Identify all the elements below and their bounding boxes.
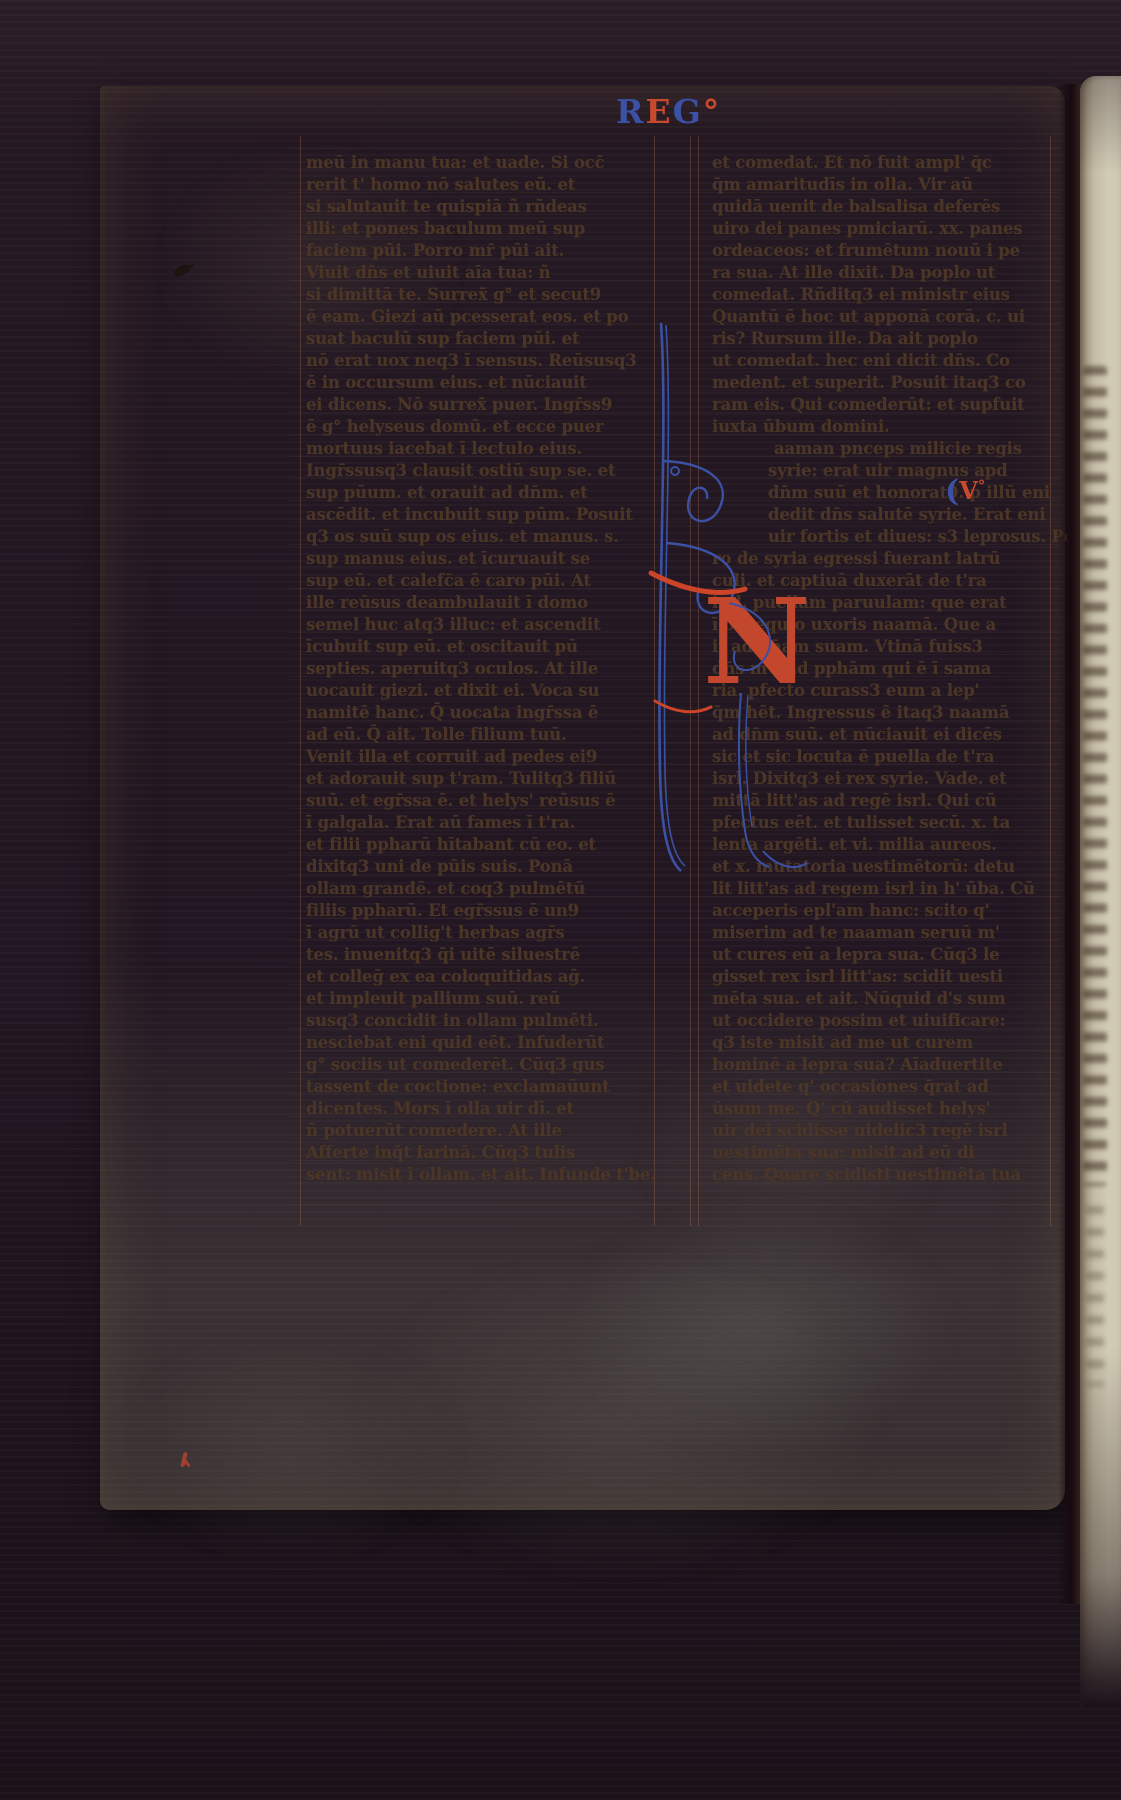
- ruling-line-vertical: [690, 136, 691, 1226]
- running-title-letter: E: [645, 92, 672, 131]
- text-line: uir fortis et diues: s3 leprosus. Por: [768, 526, 1056, 548]
- text-line: ut occidere possim et uiuificare:: [712, 1010, 1056, 1032]
- text-line: ad eū. Q̄ ait. Tolle filium tuū.: [306, 724, 658, 746]
- text-line: lenta argēti. et vi. milia aureos.: [712, 834, 1056, 856]
- text-line: illi: et pones baculum meū sup: [306, 218, 658, 240]
- text-line: et uidete q' occasiones q̄rat ad: [712, 1076, 1056, 1098]
- parchment-smudge: [360, 1256, 880, 1576]
- text-line: isrl. Dixitq3 ei rex syrie. Vade. et: [712, 768, 1056, 790]
- text-line: Ingr̄ssusq3 clausit ostiū sup se. et: [306, 460, 658, 482]
- text-line: q3 os suū sup os eius. et manus. s.: [306, 526, 658, 548]
- text-line: mēta sua. et ait. Nūquid d's sum: [712, 988, 1056, 1010]
- text-line: ī obsequio uxoris naamā. Que a: [712, 614, 1056, 636]
- text-line: et x. mutatoria uestimētorū: detu: [712, 856, 1056, 878]
- text-line: uiro dei panes pmiciarū. xx. panes: [712, 218, 1056, 240]
- text-line: q̄m hēt. Ingressus ē itaq3 naamā: [712, 702, 1056, 724]
- text-line: pfectus eēt. et tulisset secū. x. ta: [712, 812, 1056, 834]
- text-line: suū. et egr̄ssa ē. et helys' reūsus ē: [306, 790, 658, 812]
- text-line: ī agrū ut collig't herbas agr̄s: [306, 922, 658, 944]
- text-line: ordeaceos: et frumētum nouū i pe: [712, 240, 1056, 262]
- text-line: gisset rex isrl litt'as: scidit uesti: [712, 966, 1056, 988]
- text-line: ē g° helyseus domū. et ecce puer: [306, 416, 658, 438]
- text-line: ñ potuerūt comedere. At ille: [306, 1120, 658, 1142]
- photo-background: REG° meū in manu tua: et uade. Si occ̄re…: [0, 0, 1121, 1800]
- text-line: nesciebat eni quid eēt. Infuderūt: [306, 1032, 658, 1054]
- text-line: ī galgala. Erat aū fames ī t'ra.: [306, 812, 658, 834]
- running-title-letter: R: [616, 92, 645, 131]
- text-line: dn̄s m's ad pphām qui ē ī sama: [712, 658, 1056, 680]
- running-title-letter: °: [703, 92, 722, 131]
- text-line: et impleuit pallium suū. reū: [306, 988, 658, 1010]
- text-column-right: et comedat. Et nō fuit ampl' q̄cq̄m amar…: [712, 152, 1056, 1186]
- blurred-edge-text: [1086, 1206, 1104, 1386]
- red-pen-mark: [180, 1452, 188, 1468]
- text-line: tassent de coctione: exclamaūunt: [306, 1076, 658, 1098]
- text-line: uir dei scidisse uidelic3 regē isrl: [712, 1120, 1056, 1142]
- chapter-numeral-letter: V: [959, 476, 978, 505]
- text-line: suat baculū sup faciem pūi. et: [306, 328, 658, 350]
- text-line: dedit dn̄s salutē syrie. Erat eni: [768, 504, 1056, 526]
- text-line: ei dicens. Nō surrex̄ puer. Ingr̄ss9: [306, 394, 658, 416]
- text-line: aaman pnceps milicie regis: [774, 438, 1056, 460]
- text-line: filiis ppharū. Et egr̄ssus ē un9: [306, 900, 658, 922]
- chapter-numeral: (V°: [945, 474, 985, 509]
- chapter-numeral-ordinal: °: [978, 477, 986, 495]
- text-line: tes. inuenitq3 q̄i uitē siluestrē: [306, 944, 658, 966]
- ink-blot-mark: [172, 263, 191, 278]
- running-title: REG°: [616, 92, 721, 131]
- text-line: Venit illa et corruit ad pedes ei9: [306, 746, 658, 768]
- text-line: septies. aperuitq3 oculos. At ille: [306, 658, 658, 680]
- text-line: lit litt'as ad regem isrl in h' ūba. Cū: [712, 878, 1056, 900]
- text-line: faciem pūi. Porro mr̄ pūi ait.: [306, 240, 658, 262]
- text-line: ollam grandē. et coq3 pulmētū: [306, 878, 658, 900]
- paraph-mark: (: [945, 474, 959, 509]
- text-line: ut comedat. hec eni dicit dn̄s. Co: [712, 350, 1056, 372]
- text-line: sup eū. et calefc̄a ē caro pūi. At: [306, 570, 658, 592]
- text-line: medent. et superit. Posuit itaq3 co: [712, 372, 1056, 394]
- text-line: semel huc atq3 illuc: et ascendit: [306, 614, 658, 636]
- blurred-edge-text: [1083, 366, 1107, 1186]
- text-line: quidā uenit de balsalisa deferēs: [712, 196, 1056, 218]
- text-line: g° sociis ut comederēt. Cūq3 gus: [306, 1054, 658, 1076]
- text-line: dixitq3 uni de pūis suis. Ponā: [306, 856, 658, 878]
- text-line: namitē hanc. Q̄ uocata ingr̄ssa ē: [306, 702, 658, 724]
- text-line: acceperis epl'am hanc: scito q': [712, 900, 1056, 922]
- text-line: sic et sic locuta ē puella de t'ra: [712, 746, 1056, 768]
- text-line: miserim ad te naaman seruū m': [712, 922, 1056, 944]
- text-line: q3 iste misit ad me ut curem: [712, 1032, 1056, 1054]
- text-line: īcubuit sup eū. et oscitauit pū: [306, 636, 658, 658]
- text-line: ad dn̄m suū. et nūciauit ei dicēs: [712, 724, 1056, 746]
- text-line: et colleḡ ex ea coloquitidas aḡ.: [306, 966, 658, 988]
- text-line: ro de syria egressi fuerant latrū: [712, 548, 1056, 570]
- text-line: Quantū ē hoc ut apponā corā. c. ui: [712, 306, 1056, 328]
- fore-edge-pages: [1080, 76, 1121, 1706]
- text-line: nō erat uox neq3 ī sensus. Reūsusq3: [306, 350, 658, 372]
- text-line: syrie: erat uir magnus apd: [768, 460, 1056, 482]
- text-line: ille reūsus deambulauit ī domo: [306, 592, 658, 614]
- text-line: ē eam. Giezi aū pcesserat eos. et po: [306, 306, 658, 328]
- ruling-line-vertical: [698, 136, 699, 1226]
- text-line: sup manus eius. et īcuruauit se: [306, 548, 658, 570]
- text-line: sent: misit ī ollam. et ait. Infunde t'b…: [306, 1164, 658, 1186]
- text-line: uocauit giezi. et dixit ei. Voca su: [306, 680, 658, 702]
- text-line: Afferte inq̄t farinā. Cūq3 tulis: [306, 1142, 658, 1164]
- text-line: mortuus iacebat ī lectulo eius.: [306, 438, 658, 460]
- text-column-left: meū in manu tua: et uade. Si occ̄rerit t…: [306, 152, 658, 1186]
- text-line: Viuit dn̄s et uiuit aīa tua: ñ: [306, 262, 658, 284]
- manuscript-page: REG° meū in manu tua: et uade. Si occ̄re…: [100, 86, 1065, 1510]
- text-line: si salutauit te quispiā ñ rñdeas: [306, 196, 658, 218]
- text-line: q̄m amaritudīs in olla. Vir aū: [712, 174, 1056, 196]
- text-line: ascēdit. et incubuit sup pūm. Posuit: [306, 504, 658, 526]
- text-line: et adorauit sup t'ram. Tulitq3 filiū: [306, 768, 658, 790]
- text-line: si dimittā te. Surrex̄ g° et secut9: [306, 284, 658, 306]
- text-line: isrl. puellam paruulam: que erat: [712, 592, 1056, 614]
- text-line: ē in occursum eius. et nūciauit: [306, 372, 658, 394]
- text-line: susq3 concidit in ollam pulmēti.: [306, 1010, 658, 1032]
- ruling-line-vertical: [300, 136, 301, 1226]
- text-line: meū in manu tua: et uade. Si occ̄: [306, 152, 658, 174]
- text-line: ūsum me. Q' cū audisset helys': [712, 1098, 1056, 1120]
- text-line: uestimēta sua: misit ad eū di: [712, 1142, 1056, 1164]
- text-line: it ad dn̄am suam. Vtinā fuiss3: [712, 636, 1056, 658]
- running-title-letter: G: [673, 92, 703, 131]
- text-line: ut cures eū a lepra sua. Cūq3 le: [712, 944, 1056, 966]
- text-line: ria. pfecto curass3 eum a lep': [712, 680, 1056, 702]
- text-line: mittā litt'as ad regē isrl. Qui cū: [712, 790, 1056, 812]
- text-line: cens. Quare scidisti uestimēta tua: [712, 1164, 1056, 1186]
- text-line: hominē a lepra sua? Aīaduertite: [712, 1054, 1056, 1076]
- text-line: et comedat. Et nō fuit ampl' q̄c: [712, 152, 1056, 174]
- text-line: culi. et captiuā duxerāt de t'ra: [712, 570, 1056, 592]
- text-line: et filii ppharū hītabant cū eo. et: [306, 834, 658, 856]
- parchment-smudge: [570, 1206, 950, 1446]
- text-line: dicentes. Mors ī olla uir dī. et: [306, 1098, 658, 1120]
- text-line: comedat. Rñditq3 ei ministr eius: [712, 284, 1056, 306]
- text-line: sup pūum. et orauit ad dn̄m. et: [306, 482, 658, 504]
- parchment-smudge: [120, 1336, 460, 1556]
- text-line: ra sua. At ille dixit. Da poplo ut: [712, 262, 1056, 284]
- text-line: dn̄m suū et honorat9. p illū eni: [768, 482, 1056, 504]
- text-line: ris? Rursum ille. Da ait poplo: [712, 328, 1056, 350]
- text-line: rerit t' homo nō salutes eū. et: [306, 174, 658, 196]
- text-line: iuxta ūbum domini.: [712, 416, 1056, 438]
- text-line: ram eis. Qui comederūt: et supfuit: [712, 394, 1056, 416]
